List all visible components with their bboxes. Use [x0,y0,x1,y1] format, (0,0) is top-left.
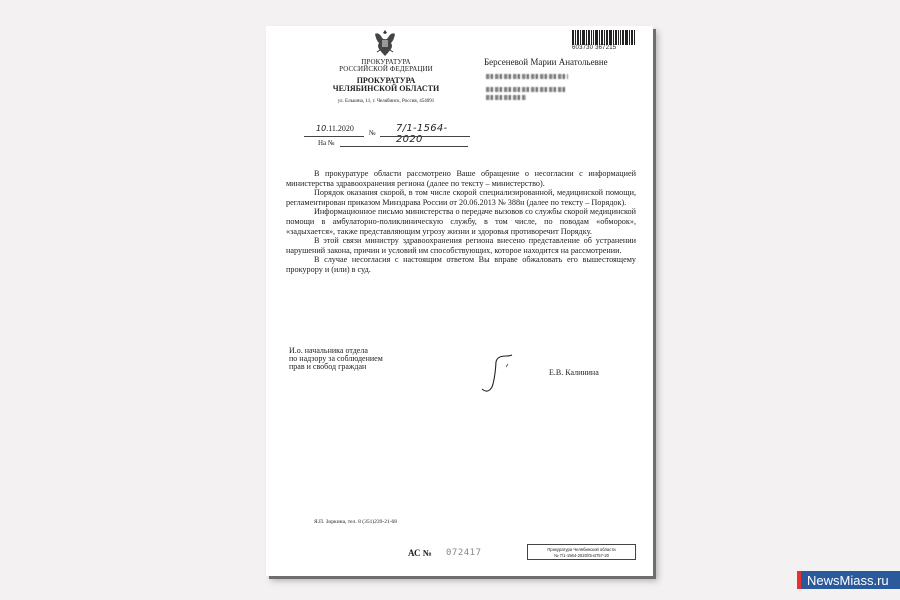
body-paragraph: В этой связи министру здравоохранения ре… [286,236,636,255]
number-label: № [369,129,376,137]
signer-name: Е.В. Калинина [549,368,599,377]
body-paragraph: В случае несогласия с настоящим ответом … [286,255,636,274]
document-page: ПРОКУРАТУРА РОССИЙСКОЙ ФЕДЕРАЦИИ ПРОКУРА… [266,26,653,576]
date-handwritten: 10 [316,124,326,133]
redacted-address-line [486,95,526,100]
reference-underline [340,146,468,147]
watermark-accent-bar [797,571,801,589]
org-main-2: ЧЕЛЯБИНСКОЙ ОБЛАСТИ [306,85,466,93]
handwritten-signature-icon [478,349,528,394]
date-underline [304,136,364,137]
org-line-2: РОССИЙСКОЙ ФЕДЕРАЦИИ [306,66,466,73]
eagle-emblem-icon [371,28,399,58]
body-paragraph: В прокуратуре области рассмотрено Ваше о… [286,169,636,188]
body-paragraph: Информационное письмо министерства о пер… [286,207,636,236]
date-printed: .11.2020 [326,124,354,133]
reference-number-row: На № [318,139,478,147]
org-address: ул. Елькина, 11, г. Челябинск, Россия, 4… [306,99,466,104]
redacted-address-line [486,74,568,79]
executor-contact: Я.П. Зоркина, тел. 8 (351)239-21-68 [314,519,397,525]
letter-body: В прокуратуре области рассмотрено Ваше о… [286,169,636,275]
recipient-name: Берсеневой Марии Анатольевне [484,57,608,67]
body-paragraph: Порядок оказания скорой, в том числе ско… [286,188,636,207]
registration-stamp: Прокуратура Челябинской области № 7/1-15… [527,544,636,560]
watermark-text: NewsMiass.ru [807,573,889,588]
signer-title: И.о. начальника отдела по надзору за соб… [289,347,383,372]
ac-serial-number: 072417 [446,548,482,558]
number-underline [380,136,470,137]
redacted-address-line [486,87,566,92]
organization-header: ПРОКУРАТУРА РОССИЙСКОЙ ФЕДЕРАЦИИ ПРОКУРА… [306,59,466,105]
barcode-number: 603730 367215 [572,45,637,52]
reference-label: На № [318,139,335,147]
barcode: 603730 367215 [572,30,637,52]
site-watermark: NewsMiass.ru [797,571,900,589]
barcode-bars-icon [572,30,637,45]
ac-label: АС № [408,548,432,558]
